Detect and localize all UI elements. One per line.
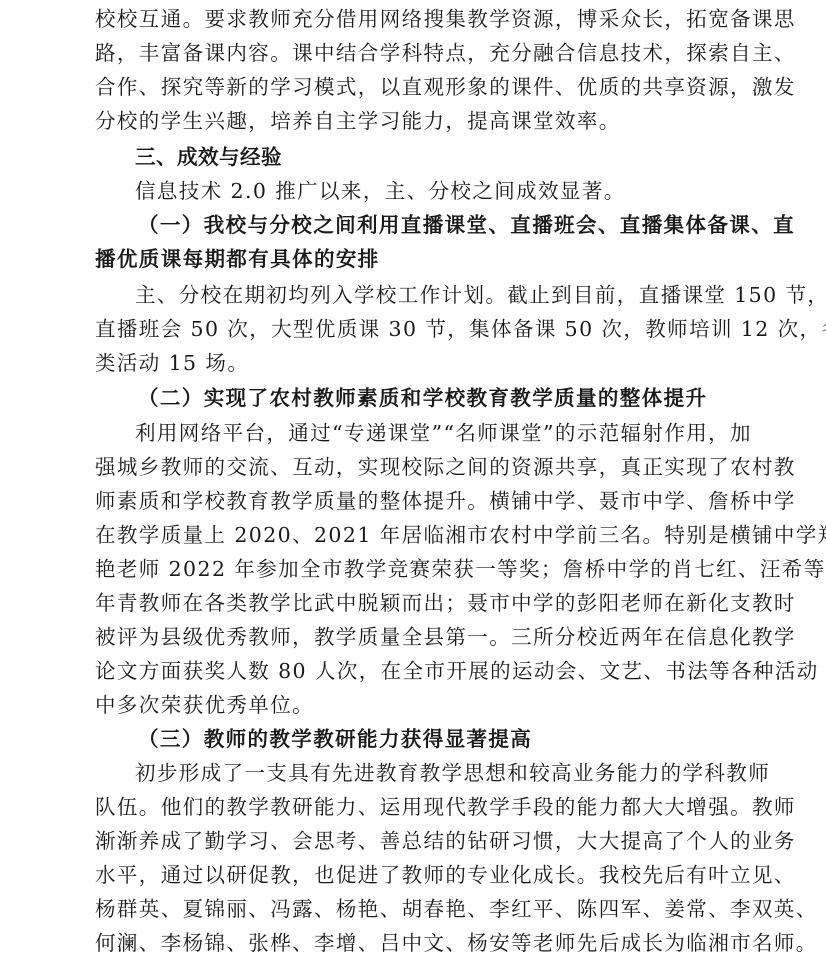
subsection-heading: （三）教师的教学教研能力获得显著提高: [138, 722, 731, 756]
paragraph-line: 何澜、李杨锦、张桦、李增、吕中文、杨安等老师先后成长为临湘市名师。: [95, 926, 731, 960]
paragraph-line: 水平，通过以研促教，也促进了教师的专业化成长。我校先后有叶立见、: [95, 858, 731, 892]
paragraph-line: 直播班会 50 次，大型优质课 30 节，集体备课 50 次，教师培训 12 次…: [95, 312, 731, 346]
paragraph-line: 强城乡教师的交流、互动，实现校际之间的资源共享，真正实现了农村教: [95, 450, 731, 484]
paragraph-line: 初步形成了一支具有先进教育教学思想和较高业务能力的学科教师: [135, 756, 731, 790]
paragraph-line: 信息技术 2.0 推广以来，主、分校之间成效显著。: [135, 174, 731, 208]
paragraph-line: 渐渐养成了勤学习、会思考、善总结的钻研习惯，大大提高了个人的业务: [95, 824, 731, 858]
paragraph-line: 校校互通。要求教师充分借用网络搜集教学资源，博采众长，拓宽备课思: [95, 2, 731, 36]
paragraph-line: 艳老师 2022 年参加全市教学竞赛荣获一等奖；詹桥中学的肖七红、汪希等: [95, 552, 731, 586]
paragraph-line: 队伍。他们的教学教研能力、运用现代教学手段的能力都大大增强。教师: [95, 790, 731, 824]
paragraph-line: 类活动 15 场。: [95, 346, 731, 380]
document-page: 校校互通。要求教师充分借用网络搜集教学资源，博采众长，拓宽备课思 路，丰富备课内…: [0, 0, 826, 963]
paragraph-line: 分校的学生兴趣，培养自主学习能力，提高课堂效率。: [95, 104, 731, 138]
subsection-heading: （一）我校与分校之间利用直播课堂、直播班会、直播集体备课、直: [138, 208, 731, 242]
section-heading: 三、成效与经验: [135, 140, 731, 174]
paragraph-line: 主、分校在期初均列入学校工作计划。截止到目前，直播课堂 150 节，: [135, 278, 731, 312]
paragraph-line: 杨群英、夏锦丽、冯露、杨艳、胡春艳、李红平、陈四军、姜常、李双英、: [95, 892, 731, 926]
paragraph-line: 中多次荣获优秀单位。: [95, 688, 731, 722]
paragraph-line: 路，丰富备课内容。课中结合学科特点，充分融合信息技术，探索自主、: [95, 36, 731, 70]
paragraph-line: 利用网络平台，通过“专递课堂”“名师课堂”的示范辐射作用，加: [135, 416, 731, 450]
paragraph-line: 师素质和学校教育教学质量的整体提升。横铺中学、聂市中学、詹桥中学: [95, 484, 731, 518]
paragraph-line: 合作、探究等新的学习模式，以直观形象的课件、优质的共享资源，激发: [95, 70, 731, 104]
paragraph-line: 年青教师在各类教学比武中脱颖而出；聂市中学的彭阳老师在新化支教时: [95, 586, 731, 620]
paragraph-line: 在教学质量上 2020、2021 年居临湘市农村中学前三名。特别是横铺中学郑: [95, 518, 731, 552]
paragraph-line: 论文方面获奖人数 80 人次，在全市开展的运动会、文艺、书法等各种活动: [95, 654, 731, 688]
subsection-heading-cont: 播优质课每期都有具体的安排: [95, 242, 731, 276]
subsection-heading: （二）实现了农村教师素质和学校教育教学质量的整体提升: [138, 381, 731, 415]
paragraph-line: 被评为县级优秀教师，教学质量全县第一。三所分校近两年在信息化教学: [95, 620, 731, 654]
